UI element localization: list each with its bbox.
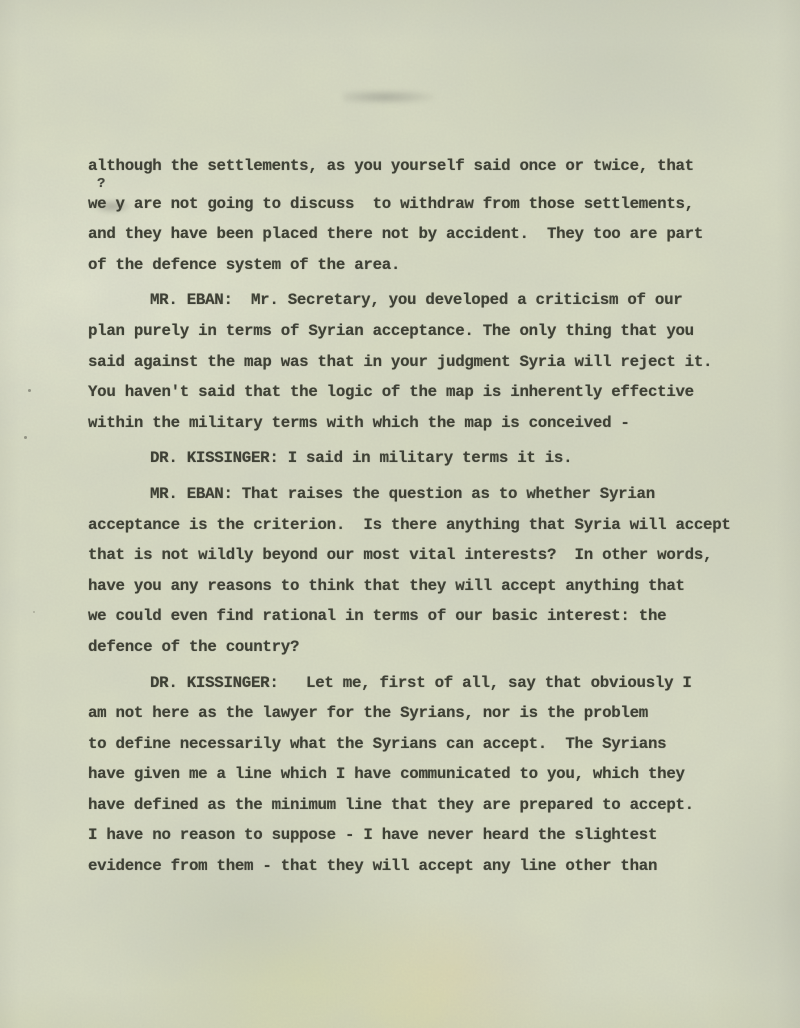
text-line: of the defence system of the area. (88, 256, 778, 287)
text-line: within the military terms with which the… (88, 414, 778, 445)
text-line: DR. KISSINGER: Let me, first of all, say… (88, 674, 778, 705)
text-line: You haven't said that the logic of the m… (88, 383, 778, 414)
faded-ink-smudge (343, 90, 435, 104)
text-line: have you any reasons to think that they … (88, 577, 778, 608)
paragraph: DR. KISSINGER: Let me, first of all, say… (88, 674, 778, 888)
paper-speck (24, 436, 27, 439)
text-line: MR. EBAN: That raises the question as to… (88, 485, 778, 516)
text-line: defence of the country? (88, 638, 778, 669)
text-line: we y are not going to discuss to withdra… (88, 195, 778, 226)
paragraph: DR. KISSINGER: I said in military terms … (88, 449, 778, 480)
text-line: I have no reason to suppose - I have nev… (88, 826, 778, 857)
paragraph: although the settlements, as you yoursel… (88, 157, 778, 286)
document-page: ? although the settlements, as you yours… (0, 0, 800, 1028)
text-line: am not here as the lawyer for the Syrian… (88, 704, 778, 735)
text-line: MR. EBAN: Mr. Secretary, you developed a… (88, 291, 778, 322)
text-line: plan purely in terms of Syrian acceptanc… (88, 322, 778, 353)
text-line: said against the map was that in your ju… (88, 353, 778, 384)
paper-speck (33, 611, 35, 613)
text-line: have defined as the minimum line that th… (88, 796, 778, 827)
text-line: acceptance is the criterion. Is there an… (88, 516, 778, 547)
transcript-text: although the settlements, as you yoursel… (88, 157, 778, 888)
text-line: DR. KISSINGER: I said in military terms … (88, 449, 778, 480)
text-line: that is not wildly beyond our most vital… (88, 546, 778, 577)
text-line: to define necessarily what the Syrians c… (88, 735, 778, 766)
text-line: have given me a line which I have commun… (88, 765, 778, 796)
paper-speck (28, 389, 31, 392)
text-line: and they have been placed there not by a… (88, 225, 778, 256)
text-line: evidence from them - that they will acce… (88, 857, 778, 888)
text-line: we could even find rational in terms of … (88, 607, 778, 638)
paragraph: MR. EBAN: Mr. Secretary, you developed a… (88, 291, 778, 444)
paragraph: MR. EBAN: That raises the question as to… (88, 485, 778, 669)
text-line: although the settlements, as you yoursel… (88, 157, 778, 188)
